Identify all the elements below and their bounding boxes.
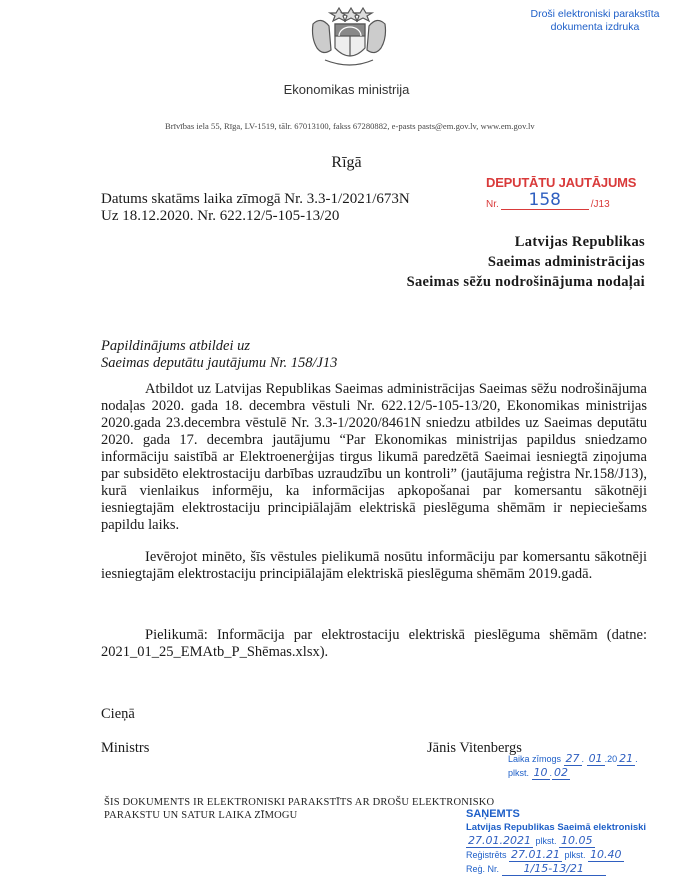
e-signature-disclaimer: ŠIS DOKUMENTS IR ELEKTRONISKI PARAKSTĪTS…: [104, 796, 494, 822]
registered-row: Reģistrēts 27.01.21 plkst. 10.40: [466, 848, 646, 862]
recipient-line: Saeimas sēžu nodrošinājuma nodaļai: [407, 272, 645, 292]
time-stamp-year-prefix: 20: [607, 754, 617, 764]
body-paragraph-1: Atbildot uz Latvijas Republikas Saeimas …: [101, 381, 647, 534]
registered-time-label: plkst.: [565, 850, 586, 860]
time-stamp: Laika zīmogs 27. 01.2021. plkst. 10.02: [508, 752, 638, 780]
deputy-stamp-nr-label: Nr.: [486, 199, 499, 210]
received-stamp: SAŅEMTS Latvijas Republikas Saeimā elekt…: [466, 808, 646, 876]
e-signature-stamp-line: Droši elektroniski parakstīta: [520, 8, 670, 21]
reg-nr-label: Reģ. Nr.: [466, 864, 499, 874]
registered-time: 10.40: [588, 848, 624, 862]
subject: Papildinājums atbildei uz Saeimas deputā…: [101, 338, 337, 372]
ministry-name: Ekonomikas ministrija: [0, 82, 693, 97]
body-paragraph-2: Ievērojot minēto, šīs vēstules pielikumā…: [101, 549, 647, 583]
paragraph-text: Ievērojot minēto, šīs vēstules pielikumā…: [101, 549, 647, 583]
coat-of-arms-icon: [305, 4, 393, 72]
received-time-label: plkst.: [536, 836, 557, 846]
recipient-block: Latvijas Republikas Saeimas administrāci…: [407, 232, 645, 292]
deputy-question-stamp: DEPUTĀTU JAUTĀJUMS Nr. 158 /J13: [486, 175, 636, 210]
subject-line: Saeimas deputātu jautājumu Nr. 158/J13: [101, 355, 337, 372]
registered-date: 27.01.21: [509, 848, 562, 862]
received-stamp-subtitle: Latvijas Republikas Saeimā elektroniski: [466, 821, 646, 834]
closing-regards: Cieņā: [101, 706, 135, 723]
registered-label: Reģistrēts: [466, 850, 507, 860]
time-stamp-time-label: plkst.: [508, 768, 529, 778]
deputy-stamp-number: 158: [529, 190, 561, 210]
recipient-line: Latvijas Republikas: [407, 232, 645, 252]
attachment-note: Pielikumā: Informācija par elektrostacij…: [101, 627, 647, 661]
e-signature-stamp-line: dokumenta izdruka: [520, 21, 670, 34]
subject-line: Papildinājums atbildei uz: [101, 338, 337, 355]
reference-line: Datums skatāms laika zīmogā Nr. 3.3-1/20…: [101, 191, 410, 208]
received-date-row: 27.01.2021 plkst. 10.05: [466, 834, 646, 848]
time-stamp-label: Laika zīmogs: [508, 754, 561, 764]
disclaimer-line: ŠIS DOKUMENTS IR ELEKTRONISKI PARAKSTĪTS…: [104, 796, 494, 809]
reference-line: Uz 18.12.2020. Nr. 622.12/5-105-13/20: [101, 208, 410, 225]
ministry-address: Brīvības iela 55, Rīga, LV-1519, tālr. 6…: [165, 121, 535, 131]
time-stamp-minute: 02: [552, 766, 570, 780]
place: Rīgā: [0, 154, 693, 172]
paragraph-text: Pielikumā: Informācija par elektrostacij…: [101, 627, 647, 661]
received-stamp-title: SAŅEMTS: [466, 808, 646, 821]
e-signature-stamp: Droši elektroniski parakstīta dokumenta …: [520, 8, 670, 34]
time-stamp-hour: 10: [532, 766, 550, 780]
signer-role: Ministrs: [101, 740, 149, 757]
deputy-stamp-suffix: /J13: [591, 199, 610, 210]
time-stamp-time-row: plkst. 10.02: [508, 766, 638, 780]
reg-nr: 1/15-13/21: [502, 862, 606, 876]
time-stamp-year: 21: [617, 752, 635, 766]
deputy-stamp-number-row: Nr. 158 /J13: [486, 192, 636, 210]
time-stamp-day: 27: [564, 752, 582, 766]
recipient-line: Saeimas administrācijas: [407, 252, 645, 272]
deputy-stamp-title: DEPUTĀTU JAUTĀJUMS: [486, 175, 636, 190]
reference: Datums skatāms laika zīmogā Nr. 3.3-1/20…: [101, 191, 410, 225]
time-stamp-date-row: Laika zīmogs 27. 01.2021.: [508, 752, 638, 766]
time-stamp-month: 01: [587, 752, 605, 766]
received-date: 27.01.2021: [466, 834, 533, 848]
received-time: 10.05: [559, 834, 595, 848]
disclaimer-line: PARAKSTU UN SATUR LAIKA ZĪMOGU: [104, 809, 494, 822]
reg-nr-row: Reģ. Nr. 1/15-13/21: [466, 862, 646, 876]
deputy-stamp-number-field: 158: [501, 192, 589, 210]
paragraph-text: Atbildot uz Latvijas Republikas Saeimas …: [101, 381, 647, 534]
